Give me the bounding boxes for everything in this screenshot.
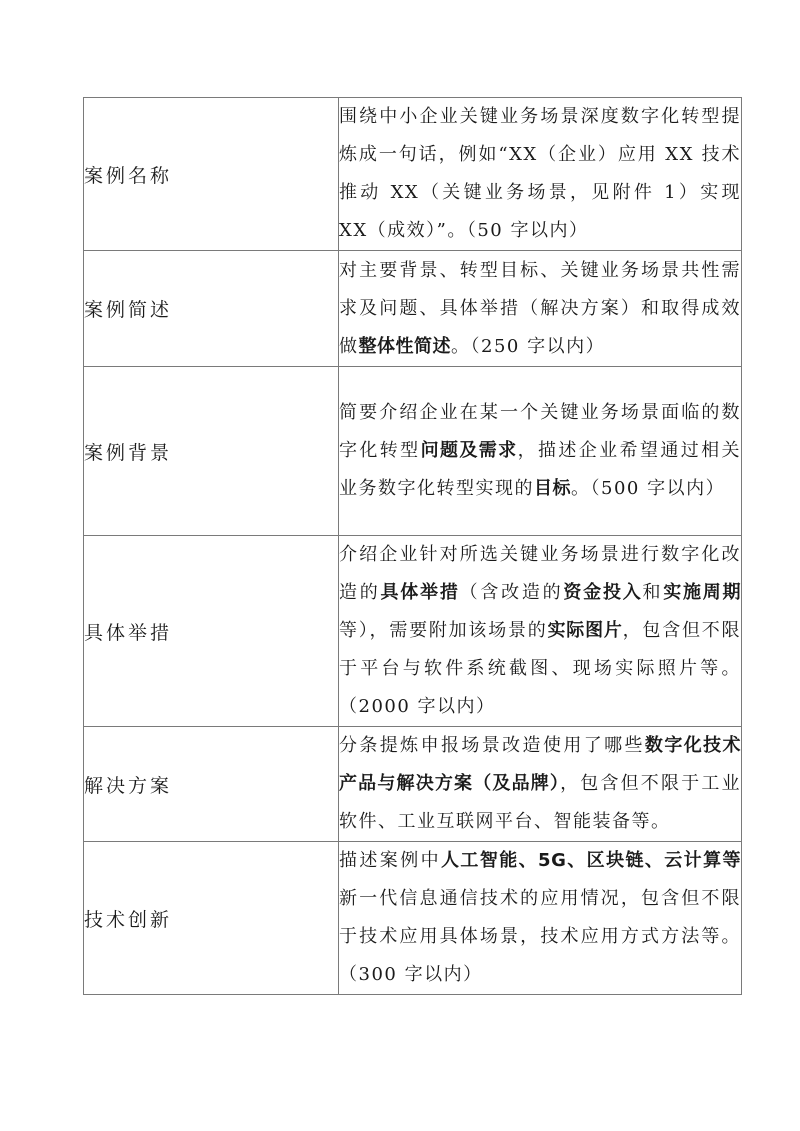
desc-text-bold: 实施周期 bbox=[663, 582, 741, 603]
desc-text: （含改造的 bbox=[460, 582, 564, 603]
table-row-tech-innovation: 技术创新 描述案例中人工智能、5G、区块链、云计算等新一代信息通信技术的应用情况… bbox=[84, 842, 742, 995]
row-description: 对主要背景、转型目标、关键业务场景共性需求及问题、具体举措（解决方案）和取得成效… bbox=[339, 251, 742, 367]
desc-text-bold: 整体性简述 bbox=[359, 336, 452, 357]
desc-text: 。（250 字以内） bbox=[451, 336, 605, 357]
table-row-case-summary: 案例简述 对主要背景、转型目标、关键业务场景共性需求及问题、具体举措（解决方案）… bbox=[84, 251, 742, 367]
desc-text: 描述案例中 bbox=[339, 850, 441, 871]
desc-text-bold: 实际图片 bbox=[548, 620, 623, 641]
desc-text-bold: 问题及需求 bbox=[421, 440, 518, 461]
row-label: 解决方案 bbox=[84, 727, 339, 842]
table-row-case-name: 案例名称 围绕中小企业关键业务场景深度数字化转型提炼成一句话，例如“XX（企业）… bbox=[84, 98, 742, 251]
desc-text: 和 bbox=[642, 582, 663, 603]
row-label: 具体举措 bbox=[84, 536, 339, 727]
desc-text: 分条提炼申报场景改造使用了哪些 bbox=[339, 735, 645, 756]
desc-text: 围绕中小企业关键业务场景深度数字化转型提炼成一句话，例如“XX（企业）应用 XX… bbox=[339, 106, 741, 241]
row-description: 分条提炼申报场景改造使用了哪些数字化技术产品与解决方案（及品牌），包含但不限于工… bbox=[339, 727, 742, 842]
row-label: 案例名称 bbox=[84, 98, 339, 251]
row-label: 技术创新 bbox=[84, 842, 339, 995]
row-label: 案例背景 bbox=[84, 367, 339, 536]
desc-text-bold: 资金投入 bbox=[563, 582, 642, 603]
desc-text: 等），需要附加该场景的 bbox=[339, 620, 548, 641]
desc-text: 。（500 字以内） bbox=[571, 478, 725, 499]
desc-text-bold: 具体举措 bbox=[381, 582, 460, 603]
desc-text-bold: 人工智能、5G、区块链、云计算等 bbox=[441, 850, 741, 871]
row-description: 围绕中小企业关键业务场景深度数字化转型提炼成一句话，例如“XX（企业）应用 XX… bbox=[339, 98, 742, 251]
row-label: 案例简述 bbox=[84, 251, 339, 367]
desc-text: 新一代信息通信技术的应用情况，包含但不限于技术应用具体场景，技术应用方式方法等。… bbox=[339, 888, 741, 985]
row-description: 简要介绍企业在某一个关键业务场景面临的数字化转型问题及需求，描述企业希望通过相关… bbox=[339, 367, 742, 536]
row-description: 介绍企业针对所选关键业务场景进行数字化改造的具体举措（含改造的资金投入和实施周期… bbox=[339, 536, 742, 727]
case-info-table: 案例名称 围绕中小企业关键业务场景深度数字化转型提炼成一句话，例如“XX（企业）… bbox=[83, 97, 742, 995]
table-row-specific-measures: 具体举措 介绍企业针对所选关键业务场景进行数字化改造的具体举措（含改造的资金投入… bbox=[84, 536, 742, 727]
table-row-case-background: 案例背景 简要介绍企业在某一个关键业务场景面临的数字化转型问题及需求，描述企业希… bbox=[84, 367, 742, 536]
row-description: 描述案例中人工智能、5G、区块链、云计算等新一代信息通信技术的应用情况，包含但不… bbox=[339, 842, 742, 995]
table-row-solution: 解决方案 分条提炼申报场景改造使用了哪些数字化技术产品与解决方案（及品牌），包含… bbox=[84, 727, 742, 842]
desc-text-bold: 目标 bbox=[534, 478, 571, 499]
document-page: 案例名称 围绕中小企业关键业务场景深度数字化转型提炼成一句话，例如“XX（企业）… bbox=[0, 0, 800, 1131]
